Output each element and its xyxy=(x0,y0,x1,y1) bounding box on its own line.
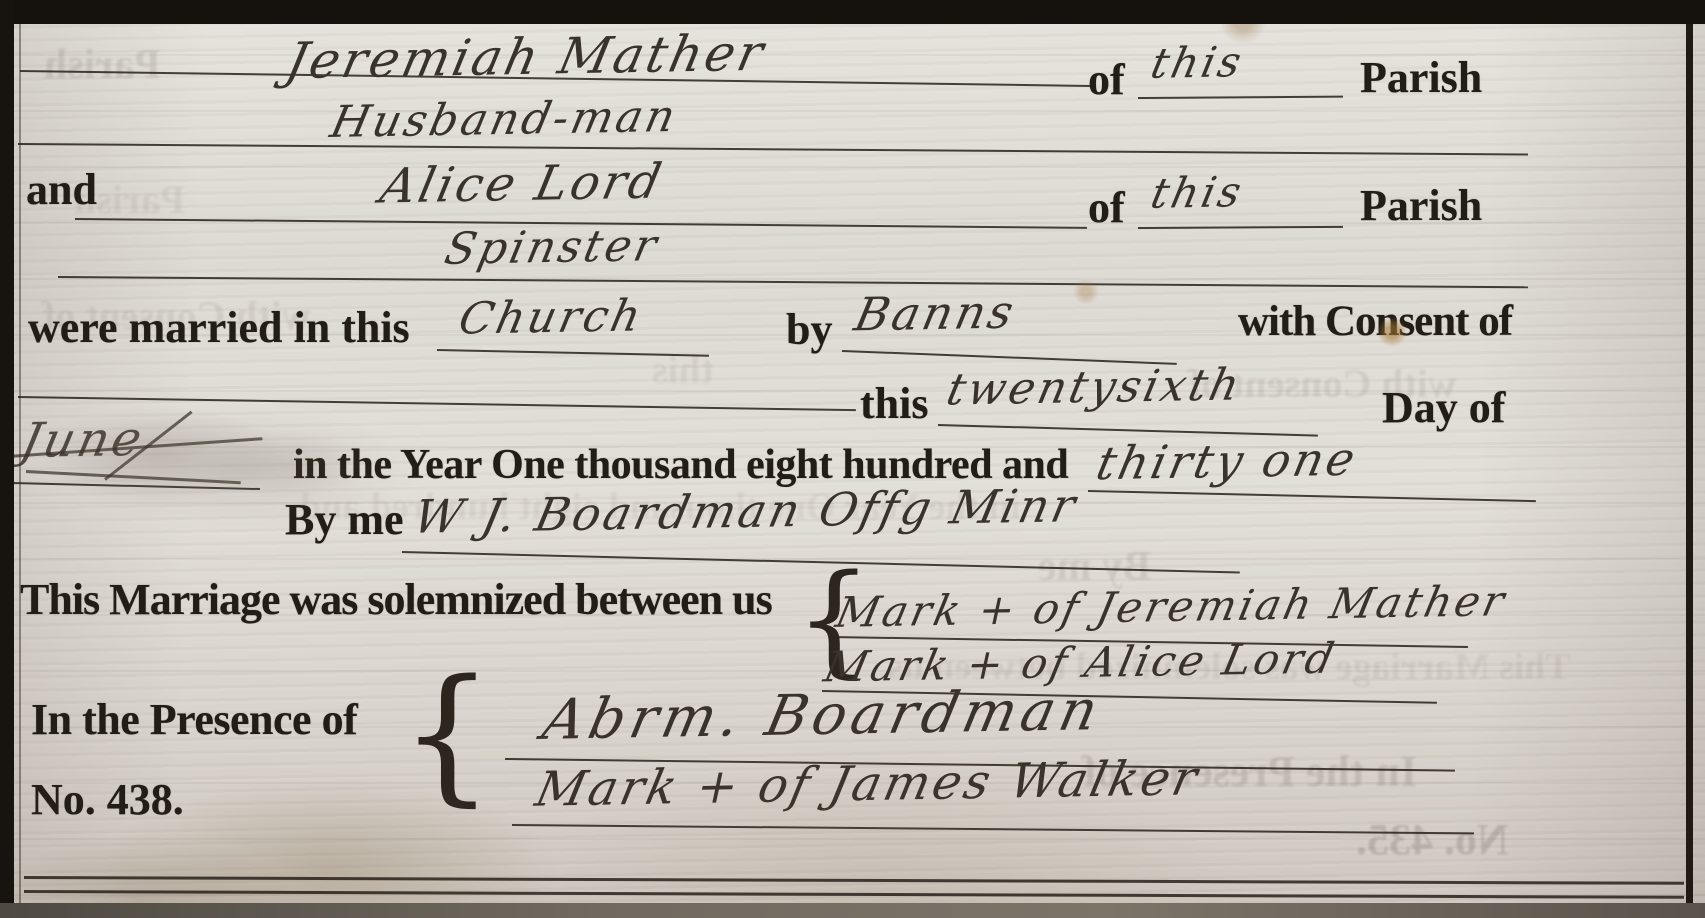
baseline-rule xyxy=(1138,226,1343,229)
day-of-label: Day of xyxy=(1382,386,1505,430)
of-label-groom: of xyxy=(1088,58,1125,102)
by-label: by xyxy=(786,308,832,352)
bleedthrough-text: No. 435. xyxy=(1356,818,1509,862)
day-entry: twentysixth xyxy=(943,363,1246,412)
by-me-label: By me xyxy=(285,498,404,542)
bottom-double-rule-1 xyxy=(24,876,1684,885)
bottom-edge-band xyxy=(0,903,1705,918)
consent-label: with Consent of xyxy=(1238,300,1512,343)
groom-occupation-entry: Husband-man xyxy=(327,95,682,145)
this-label: this xyxy=(860,382,928,426)
officiant-signature: W J. Boardman Offg Minr xyxy=(410,482,1082,540)
married-in-label: were married in this xyxy=(28,306,410,350)
right-edge-line xyxy=(1686,24,1693,918)
and-label: and xyxy=(26,168,97,212)
presence-label: In the Presence of xyxy=(31,698,357,742)
bride-name-entry: Alice Lord xyxy=(376,158,668,211)
entry-number: No. 438. xyxy=(31,778,184,822)
parish-label-bride: Parish xyxy=(1360,184,1482,228)
marriage-register-scan: Parish Parish with Consent of this with … xyxy=(0,0,1705,918)
baseline-rule xyxy=(512,824,1474,834)
groom-name-entry: Jeremiah Mather xyxy=(282,28,771,86)
witness2-signature: Mark + of James Walker xyxy=(532,754,1205,814)
year-entry: thirty one xyxy=(1093,436,1362,487)
groom-abode-entry: this xyxy=(1147,41,1247,85)
left-edge-line xyxy=(19,24,21,918)
bottom-double-rule-2 xyxy=(24,890,1684,899)
baseline-rule xyxy=(1088,490,1536,502)
solemnized-label: This Marriage was solemnized between us xyxy=(20,578,772,622)
married-by-entry: Banns xyxy=(851,289,1021,338)
top-edge-band xyxy=(0,0,1705,24)
bride-condition-entry: Spinster xyxy=(441,224,663,272)
bride-abode-entry: this xyxy=(1147,171,1247,215)
of-label-bride: of xyxy=(1088,186,1125,230)
baseline-rule xyxy=(58,276,1528,288)
baseline-rule xyxy=(1138,96,1343,99)
witnesses-brace: { xyxy=(400,660,494,808)
baseline-rule xyxy=(18,143,1528,156)
married-in-entry: Church xyxy=(455,294,647,341)
left-edge-band xyxy=(0,0,14,918)
parish-label-groom: Parish xyxy=(1360,56,1482,100)
bleedthrough-text: Parish xyxy=(44,44,161,86)
groom-mark-signature: Mark + of Jeremiah Mather xyxy=(832,580,1510,634)
witness1-signature: Abrm. Boardman xyxy=(538,683,1107,749)
